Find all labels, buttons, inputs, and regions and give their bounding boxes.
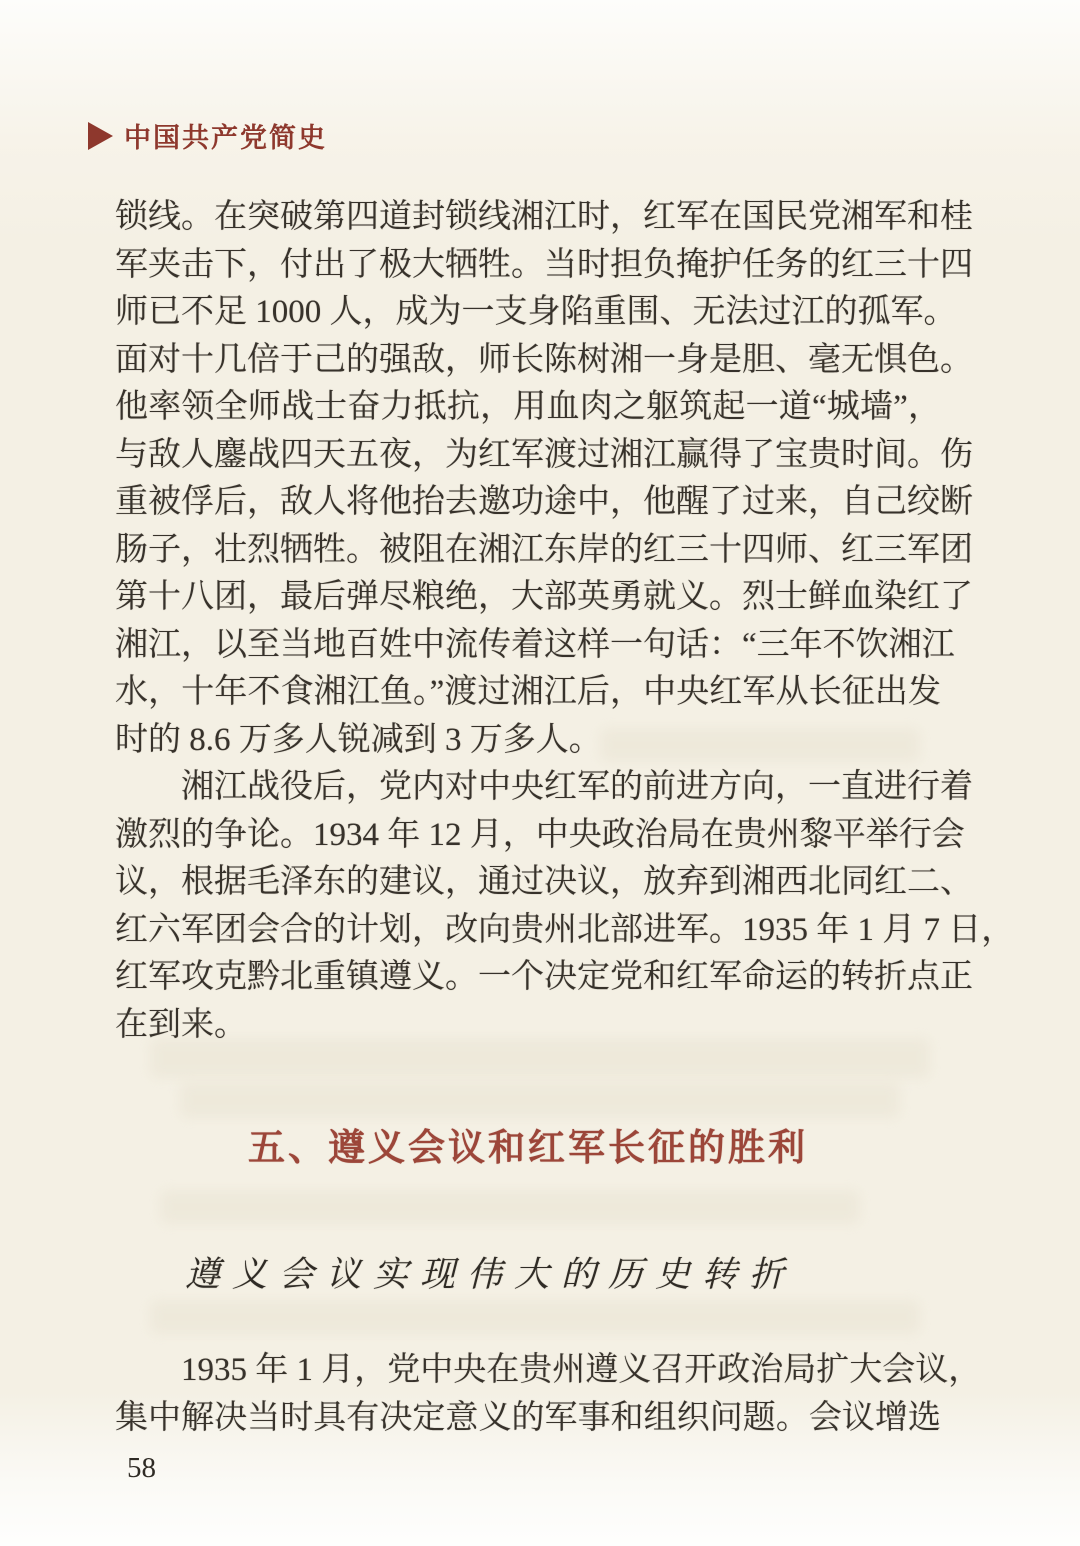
text-line: 水，十年不食湘江鱼。”渡过湘江后，中央红军从长征出发	[115, 669, 941, 717]
text-line: 1935 年 1 月，党中央在贵州遵义召开政治局扩大会议，	[115, 1347, 941, 1395]
text-line: 他率领全师战士奋力抵抗，用血肉之躯筑起一道“城墙”，	[115, 384, 941, 432]
paragraph: 湘江战役后，党内对中央红军的前进方向，一直进行着激烈的争论。1934 年 12 …	[115, 764, 941, 1049]
text-line: 集中解决当时具有决定意义的军事和组织问题。会议增选	[115, 1395, 941, 1443]
text-column: 锁线。在突破第四道封锁线湘江时，红军在国民党湘军和桂军夹击下，付出了极大牺牲。当…	[115, 194, 941, 1442]
page-number: 58	[127, 1452, 156, 1485]
text-line: 第十八团，最后弹尽粮绝，大部英勇就义。烈士鲜血染红了	[115, 574, 941, 622]
text-line: 红军攻克黔北重镇遵义。一个决定党和红军命运的转折点正	[115, 954, 941, 1002]
text-line: 湘江，以至当地百姓中流传着这样一句话：“三年不饮湘江	[115, 622, 941, 670]
book-title: 中国共产党简史	[124, 116, 327, 155]
text-line: 在到来。	[115, 1002, 941, 1050]
triangle-marker-icon	[88, 122, 113, 150]
text-line: 军夹击下，付出了极大牺牲。当时担负掩护任务的红三十四	[115, 242, 941, 290]
paragraph: 锁线。在突破第四道封锁线湘江时，红军在国民党湘军和桂军夹击下，付出了极大牺牲。当…	[115, 194, 941, 764]
text-line: 重被俘后，敌人将他抬去邀功途中，他醒了过来，自己绞断	[115, 479, 941, 527]
paragraph: 1935 年 1 月，党中央在贵州遵义召开政治局扩大会议，集中解决当时具有决定意…	[115, 1347, 941, 1442]
running-header: 中国共产党简史	[88, 116, 327, 155]
text-line: 面对十几倍于己的强敌，师长陈树湘一身是胆、毫无惧色。	[115, 337, 941, 385]
text-line: 议，根据毛泽东的建议，通过决议，放弃到湘西北同红二、	[115, 859, 941, 907]
text-line: 湘江战役后，党内对中央红军的前进方向，一直进行着	[115, 764, 941, 812]
sub-heading: 遵义会议实现伟大的历史转折	[115, 1247, 941, 1297]
text-line: 与敌人鏖战四天五夜，为红军渡过湘江赢得了宝贵时间。伤	[115, 432, 941, 480]
text-line: 肠子，壮烈牺牲。被阻在湘江东岸的红三十四师、红三军团	[115, 527, 941, 575]
text-line: 锁线。在突破第四道封锁线湘江时，红军在国民党湘军和桂	[115, 194, 941, 242]
text-line: 师已不足 1000 人，成为一支身陷重围、无法过江的孤军。	[115, 289, 941, 337]
text-line: 红六军团会合的计划，改向贵州北部进军。1935 年 1 月 7 日，	[115, 907, 941, 955]
section-heading: 五、遵义会议和红军长征的胜利	[115, 1117, 941, 1171]
text-line: 时的 8.6 万多人锐减到 3 万多人。	[115, 717, 941, 765]
book-page: 中国共产党简史 锁线。在突破第四道封锁线湘江时，红军在国民党湘军和桂军夹击下，付…	[0, 0, 1080, 1546]
text-line: 激烈的争论。1934 年 12 月，中央政治局在贵州黎平举行会	[115, 812, 941, 860]
